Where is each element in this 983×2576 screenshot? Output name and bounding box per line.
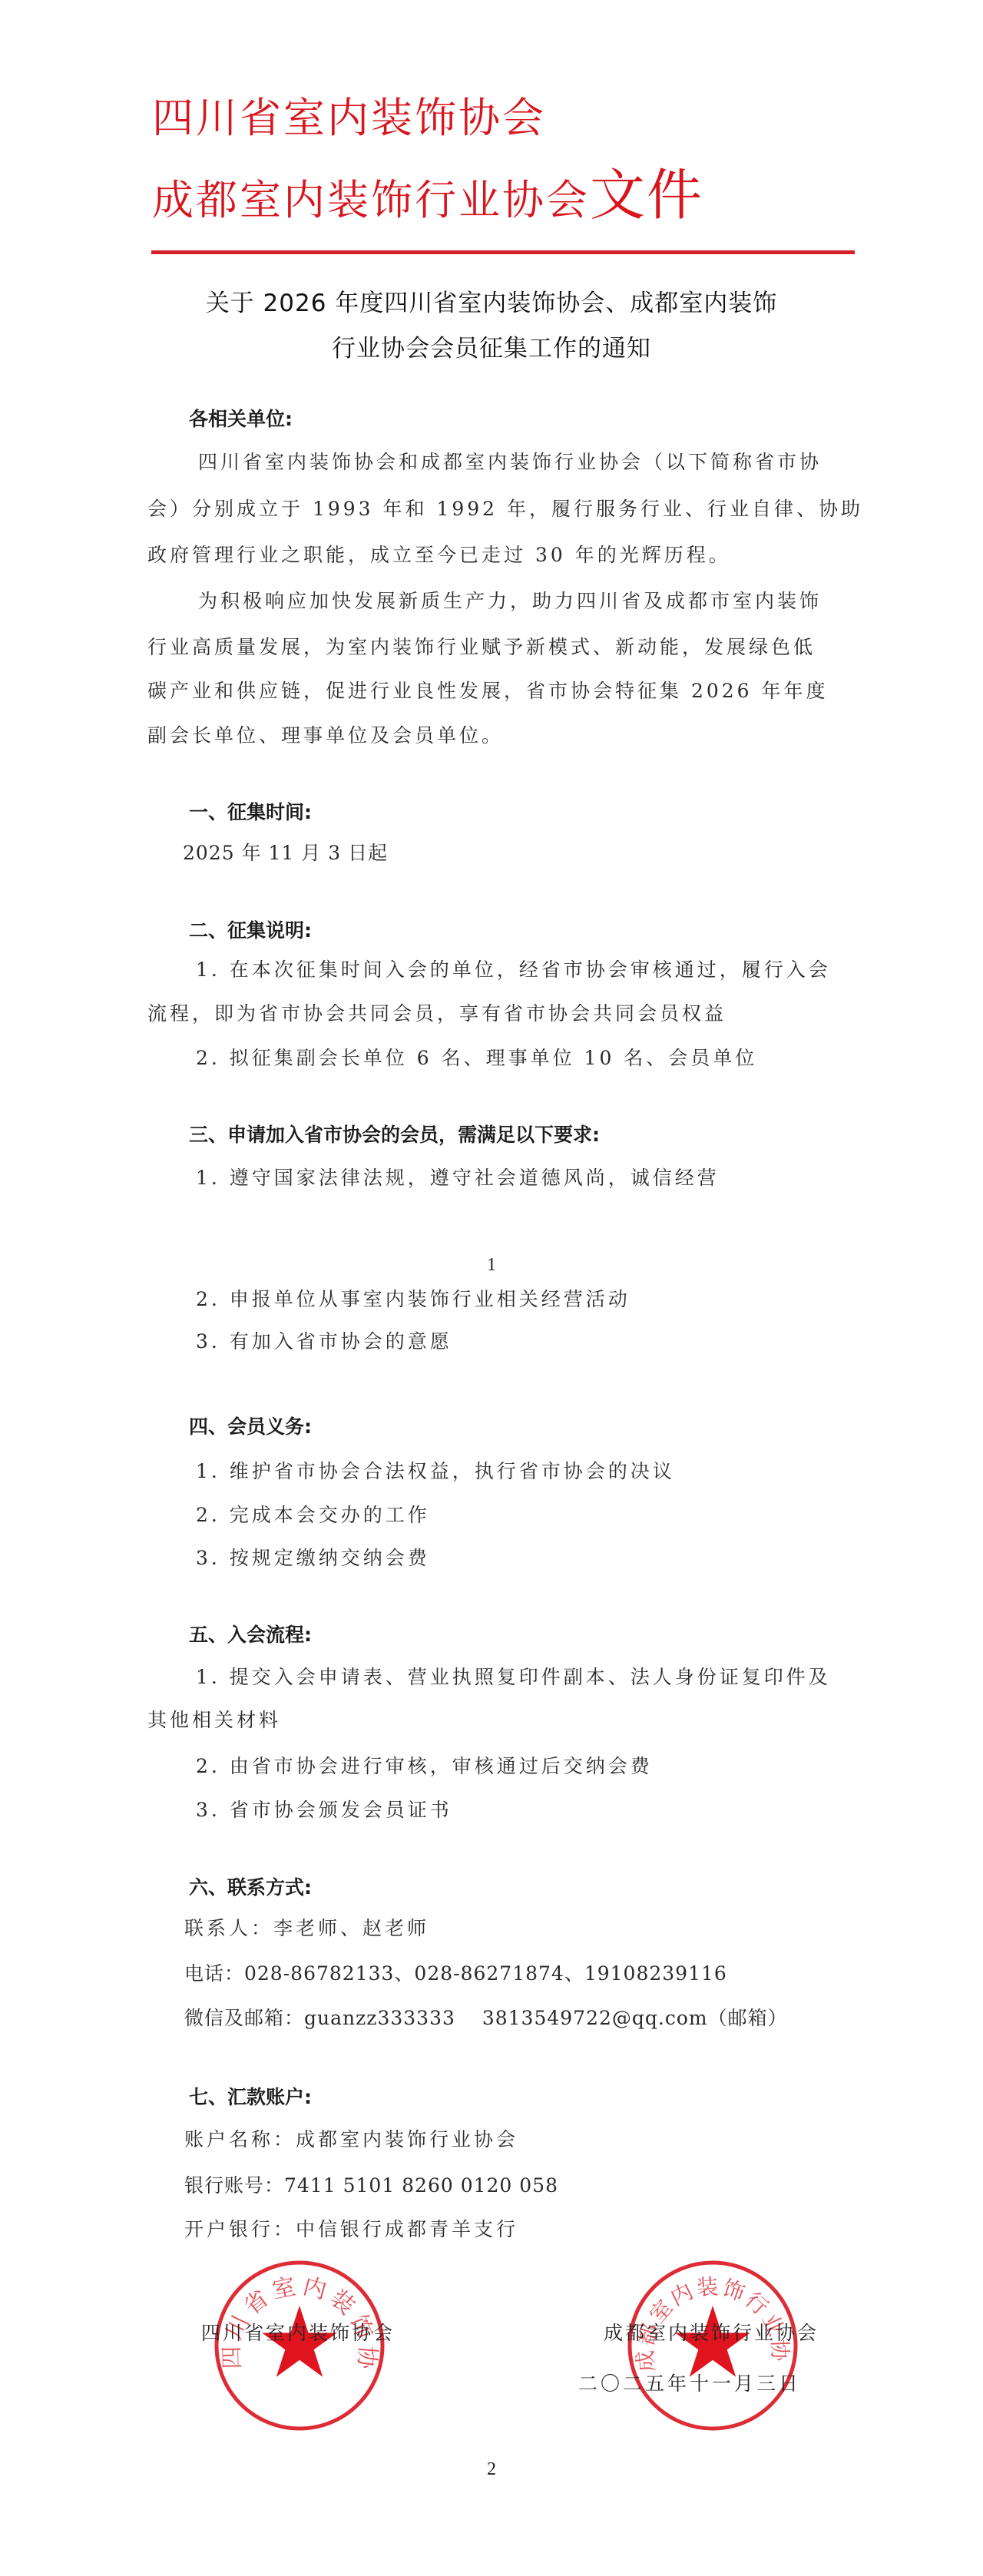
list-item: 1. 维护省市协会合法权益，执行省市协会的决议 bbox=[196, 1459, 675, 1485]
page-number-1: 1 bbox=[0, 1255, 983, 1276]
intro-line: 四川省室内装饰协会和成都室内装饰行业协会（以下简称省市协 bbox=[198, 449, 822, 475]
header-org-line1: 四川省室内装饰协会 bbox=[152, 95, 546, 141]
list-item: 3. 按规定缴纳交纳会费 bbox=[196, 1545, 430, 1571]
section-heading-member-obligations: 四、会员义务: bbox=[189, 1414, 312, 1440]
contact-person: 联系人：李老师、赵老师 bbox=[184, 1915, 429, 1942]
bank-account-number: 银行账号：7411 5101 8260 0120 058 bbox=[184, 2173, 558, 2199]
signature-org1: 四川省室内装饰协会 bbox=[201, 2320, 395, 2346]
section-heading-requirements: 三、申请加入省市协会的会员，需满足以下要求: bbox=[189, 1122, 600, 1148]
notice-title-line2: 行业协会会员征集工作的通知 bbox=[0, 333, 983, 364]
list-item: 1. 遵守国家法律法规，遵守社会道德风尚，诚信经营 bbox=[196, 1165, 720, 1191]
page-number-2: 2 bbox=[0, 2459, 983, 2480]
list-item: 2. 由省市协会进行审核，审核通过后交纳会费 bbox=[196, 1753, 653, 1780]
collection-date: 2025 年 11 月 3 日起 bbox=[183, 840, 388, 866]
section-heading-remittance-account: 七、汇款账户: bbox=[189, 2084, 312, 2111]
contact-phone: 电话：028-86782133、028-86271874、19108239116 bbox=[184, 1961, 727, 1987]
header-org2-name: 成都室内装饰行业协会 bbox=[152, 176, 590, 224]
intro-line: 为积极响应加快发展新质生产力，助力四川省及成都市室内装饰 bbox=[198, 588, 822, 614]
intro-line: 行业高质量发展，为室内装饰行业赋予新模式、新动能，发展绿色低 bbox=[147, 634, 816, 661]
account-name: 账户名称：成都室内装饰行业协会 bbox=[184, 2127, 518, 2153]
list-item: 1. 提交入会申请表、营业执照复印件副本、法人身份证复印件及 bbox=[196, 1664, 831, 1690]
section-heading-collection-notes: 二、征集说明: bbox=[189, 918, 312, 944]
intro-line: 碳产业和供应链，促进行业良性发展，省市协会特征集 2026 年年度 bbox=[147, 678, 829, 704]
signature-org2: 成都室内装饰行业协会 bbox=[604, 2320, 819, 2346]
header-doc-word: 文件 bbox=[590, 163, 703, 227]
list-item: 3. 省市协会颁发会员证书 bbox=[196, 1797, 452, 1823]
section-heading-collection-time: 一、征集时间: bbox=[189, 800, 312, 826]
header-red-divider bbox=[151, 250, 855, 254]
list-item: 2. 申报单位从事室内装饰行业相关经营活动 bbox=[196, 1286, 631, 1313]
section-heading-contact: 六、联系方式: bbox=[189, 1875, 312, 1901]
intro-line: 政府管理行业之职能，成立至今已走过 30 年的光辉历程。 bbox=[147, 542, 731, 568]
list-item: 3. 有加入省市协会的意愿 bbox=[196, 1329, 452, 1355]
list-item: 2. 拟征集副会长单位 6 名、理事单位 10 名、会员单位 bbox=[196, 1045, 757, 1071]
header-org-line2: 成都室内装饰行业协会文件 bbox=[152, 172, 703, 223]
signature-date: 二〇二五年十一月三日 bbox=[578, 2371, 801, 2397]
salutation: 各相关单位: bbox=[189, 406, 293, 432]
notice-title-line1: 关于 2026 年度四川省室内装饰协会、成都室内装饰 bbox=[0, 288, 983, 319]
list-item: 流程，即为省市协会共同会员，享有省市协会共同会员权益 bbox=[147, 1001, 726, 1027]
section-heading-membership-process: 五、入会流程: bbox=[189, 1622, 312, 1648]
contact-wechat-email: 微信及邮箱：guanzz333333 3813549722@qq.com（邮箱） bbox=[184, 2005, 788, 2031]
intro-line: 副会长单位、理事单位及会员单位。 bbox=[147, 723, 504, 749]
intro-line: 会）分别成立于 1993 年和 1992 年，履行服务行业、行业自律、协助 bbox=[147, 496, 863, 522]
list-item: 1. 在本次征集时间入会的单位，经省市协会审核通过，履行入会 bbox=[196, 957, 831, 983]
list-item: 其他相关材料 bbox=[147, 1707, 281, 1733]
bank-name: 开户银行：中信银行成都青羊支行 bbox=[184, 2217, 518, 2243]
list-item: 2. 完成本会交办的工作 bbox=[196, 1502, 430, 1528]
